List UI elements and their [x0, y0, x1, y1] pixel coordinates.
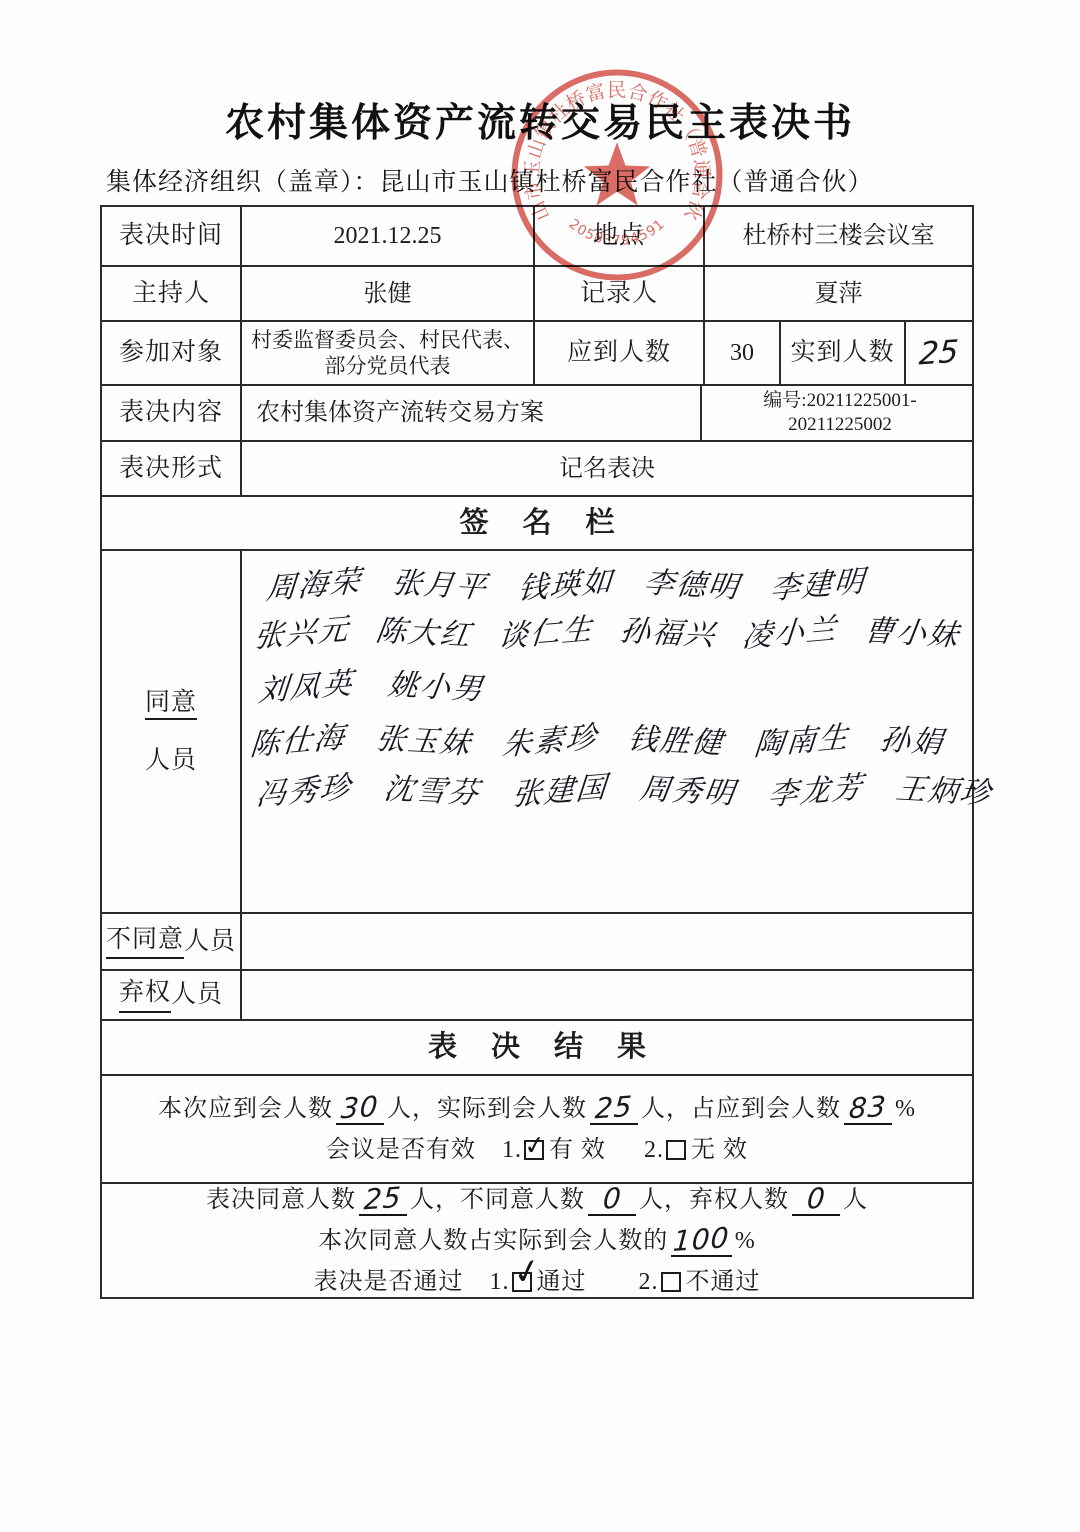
table-row: 不同意人员 — [102, 912, 972, 969]
meeting-valid-label: 会议是否有效 — [326, 1135, 476, 1165]
org-name: 昆山市玉山镇杜桥富民合作社（普通合伙） — [380, 169, 874, 196]
table-row: 表决内容 农村集体资产流转交易方案 编号:20211225001-2021122… — [102, 384, 972, 440]
recorder-value: 夏萍 — [703, 267, 972, 320]
signature: 王炳珍 — [893, 771, 994, 813]
vote-counts-line: 表决同意人数25人，不同意人数0人，弃权人数0人 — [106, 1185, 968, 1216]
vote-time-label: 表决时间 — [102, 207, 240, 265]
page-title: 农村集体资产流转交易民主表决书 — [0, 92, 1080, 148]
option-number: 2. — [644, 1135, 664, 1165]
signature: 张玉妹 — [373, 721, 474, 763]
signature: 张建国 — [511, 769, 610, 815]
handwritten-agree-count: 25 — [363, 1183, 403, 1214]
pass-no-checkbox — [661, 1272, 681, 1292]
actual-count-value: 25 — [904, 322, 972, 384]
signature: 李龙芳 — [767, 769, 866, 815]
vote-counts-text: 表决同意人数 — [206, 1185, 356, 1215]
checkmark-icon: ✓ — [522, 1131, 548, 1160]
signature: 朱素珍 — [501, 719, 600, 765]
signature: 陶南生 — [753, 719, 852, 765]
signature: 钱胜健 — [625, 721, 726, 763]
agree-label-bottom: 人员 — [145, 745, 197, 776]
handwritten-agree-percent: 100 — [672, 1223, 730, 1255]
signature: 李建明 — [769, 563, 868, 609]
host-label: 主持人 — [102, 267, 240, 320]
handwritten-disagree-count: 0 — [602, 1184, 623, 1214]
sign-section-header: 签名栏 — [102, 497, 972, 549]
attendance-result-block: 本次应到会人数30人，实际到会人数25人，占应到会人数83% 会议是否有效 1.… — [102, 1076, 972, 1182]
vote-counts-text: 人 — [843, 1185, 868, 1215]
disagree-label: 不同意人员 — [102, 914, 240, 969]
agree-signatures-area: 周海荣 张月平 钱瑛如 李德明 李建明 张兴元 陈大红 谈仁生 孙福兴 凌小兰 … — [240, 551, 972, 912]
signature-row: 冯秀珍 沈雪芬 张建国 周秀明 李龙芳 王炳珍 — [256, 773, 992, 811]
signature: 凌小兰 — [741, 611, 840, 657]
result-section-header: 表决结果 — [102, 1021, 972, 1074]
valid-no-label: 无 效 — [691, 1135, 748, 1165]
table-row: 主持人 张健 记录人 夏萍 — [102, 265, 972, 320]
form-label: 表决形式 — [102, 442, 240, 495]
signature: 李德明 — [641, 565, 742, 607]
disagree-label-underlined: 不同意 — [106, 924, 184, 959]
signature: 刘凤英 — [257, 665, 356, 711]
blank-underline: 0 — [588, 1185, 636, 1216]
agree-label-top: 同意 — [145, 689, 197, 720]
valid-yes-checkbox: ✓ — [524, 1140, 544, 1160]
table-row: 表决时间 2021.12.25 地点 杜桥村三楼会议室 — [102, 207, 972, 265]
signature: 张月平 — [389, 565, 490, 607]
attendance-text: 人，占应到会人数 — [641, 1094, 841, 1124]
agree-label: 同意 人员 — [102, 551, 240, 912]
table-row: 同意 人员 周海荣 张月平 钱瑛如 李德明 李建明 张兴元 陈大红 谈仁生 孙福… — [102, 549, 972, 912]
handwritten-abstain-count: 0 — [806, 1184, 827, 1214]
table-row: 本次应到会人数30人，实际到会人数25人，占应到会人数83% 会议是否有效 1.… — [102, 1074, 972, 1182]
valid-no-checkbox — [666, 1140, 686, 1160]
org-label: 集体经济组织（盖章）： — [106, 169, 380, 196]
signature-row: 刘凤英 姚小男 — [258, 669, 484, 707]
vote-counts-text: 人，不同意人数 — [410, 1185, 585, 1215]
abstain-label-underlined: 弃权 — [119, 977, 171, 1012]
vote-result-block: 表决同意人数25人，不同意人数0人，弃权人数0人 本次同意人数占实际到会人数的1… — [102, 1184, 972, 1297]
form-value: 记名表决 — [240, 442, 972, 495]
attendance-line: 本次应到会人数30人，实际到会人数25人，占应到会人数83% — [106, 1094, 968, 1125]
blank-underline: 100 — [671, 1226, 731, 1257]
signature: 周秀明 — [637, 771, 738, 813]
attendance-text: 本次应到会人数 — [158, 1094, 333, 1124]
recorder-label: 记录人 — [533, 267, 703, 320]
signature: 周海荣 — [265, 563, 364, 609]
signature: 曹小妹 — [861, 613, 962, 655]
signature-row: 陈仕海 张玉妹 朱素珍 钱胜健 陶南生 孙娟 — [250, 723, 944, 761]
actual-count-label: 实到人数 — [779, 322, 904, 384]
blank-underline: 30 — [336, 1094, 384, 1125]
org-line: 集体经济组织（盖章）：昆山市玉山镇杜桥富民合作社（普通合伙） — [106, 162, 874, 198]
handwritten-percent: 83 — [848, 1092, 888, 1123]
meeting-valid-line: 会议是否有效 1.✓有 效 2.无 效 — [106, 1135, 968, 1165]
option-number: 1. — [490, 1267, 510, 1297]
signature: 姚小男 — [385, 667, 486, 709]
participants-label: 参加对象 — [102, 322, 240, 384]
expected-count-label: 应到人数 — [533, 322, 703, 384]
signature: 沈雪芬 — [381, 771, 482, 813]
signature: 谈仁生 — [497, 611, 596, 657]
pass-line: 表决是否通过 1.✓通过 2.不通过 — [106, 1267, 968, 1297]
content-value: 农村集体资产流转交易方案 — [240, 386, 700, 440]
place-label: 地点 — [533, 207, 703, 265]
attendance-text: % — [895, 1094, 916, 1124]
option-number: 1. — [502, 1135, 522, 1165]
agree-percent-text: % — [735, 1226, 756, 1256]
agree-percent-text: 本次同意人数占实际到会人数的 — [318, 1226, 668, 1256]
handwritten-actual-count: 25 — [918, 332, 960, 374]
checkmark-icon: ✓ — [509, 1252, 545, 1291]
table-row: 签名栏 — [102, 495, 972, 549]
option-number: 2. — [639, 1267, 659, 1297]
handwritten-actual: 25 — [594, 1092, 634, 1123]
signature-row: 张兴元 陈大红 谈仁生 孙福兴 凌小兰 曹小妹 — [254, 615, 960, 653]
content-label: 表决内容 — [102, 386, 240, 440]
blank-underline: 0 — [792, 1185, 840, 1216]
abstain-signatures-area — [240, 971, 972, 1019]
signature-row: 周海荣 张月平 钱瑛如 李德明 李建明 — [266, 567, 866, 605]
disagree-signatures-area — [240, 914, 972, 969]
expected-count-value: 30 — [703, 322, 779, 384]
signature: 陈仕海 — [249, 719, 348, 765]
participants-value: 村委监督委员会、村民代表、部分党员代表 — [240, 322, 533, 384]
pass-yes-checkbox: ✓ — [512, 1272, 532, 1292]
table-row: 参加对象 村委监督委员会、村民代表、部分党员代表 应到人数 30 实到人数 25 — [102, 320, 972, 384]
table-row: 表决形式 记名表决 — [102, 440, 972, 495]
blank-underline: 83 — [844, 1094, 892, 1125]
pass-label: 表决是否通过 — [314, 1267, 464, 1297]
document-page: 农村集体资产流转交易民主表决书 集体经济组织（盖章）：昆山市玉山镇杜桥富民合作社… — [0, 0, 1080, 1532]
blank-underline: 25 — [359, 1185, 407, 1216]
signature: 张兴元 — [253, 611, 352, 657]
blank-underline: 25 — [590, 1094, 638, 1125]
signature: 钱瑛如 — [517, 563, 616, 609]
valid-yes-label: 有 效 — [549, 1135, 606, 1165]
vote-counts-text: 人，弃权人数 — [639, 1185, 789, 1215]
abstain-label-rest: 人员 — [171, 979, 223, 1010]
signature: 陈大红 — [373, 613, 474, 655]
attendance-text: 人，实际到会人数 — [387, 1094, 587, 1124]
voting-form-table: 表决时间 2021.12.25 地点 杜桥村三楼会议室 主持人 张健 记录人 夏… — [100, 205, 974, 1299]
abstain-label: 弃权人员 — [102, 971, 240, 1019]
pass-no-label: 不通过 — [686, 1267, 761, 1297]
place-value: 杜桥村三楼会议室 — [703, 207, 972, 265]
table-row: 表决结果 — [102, 1019, 972, 1074]
host-value: 张健 — [240, 267, 533, 320]
table-row: 表决同意人数25人，不同意人数0人，弃权人数0人 本次同意人数占实际到会人数的1… — [102, 1182, 972, 1297]
vote-time-value: 2021.12.25 — [240, 207, 533, 265]
disagree-label-rest: 人员 — [184, 926, 236, 957]
handwritten-expected: 30 — [340, 1092, 380, 1123]
signature: 孙娟 — [877, 721, 946, 762]
table-row: 弃权人员 — [102, 969, 972, 1019]
signature: 孙福兴 — [617, 613, 718, 655]
serial-number: 编号:20211225001-20211225002 — [700, 386, 972, 440]
signature: 冯秀珍 — [255, 769, 354, 815]
